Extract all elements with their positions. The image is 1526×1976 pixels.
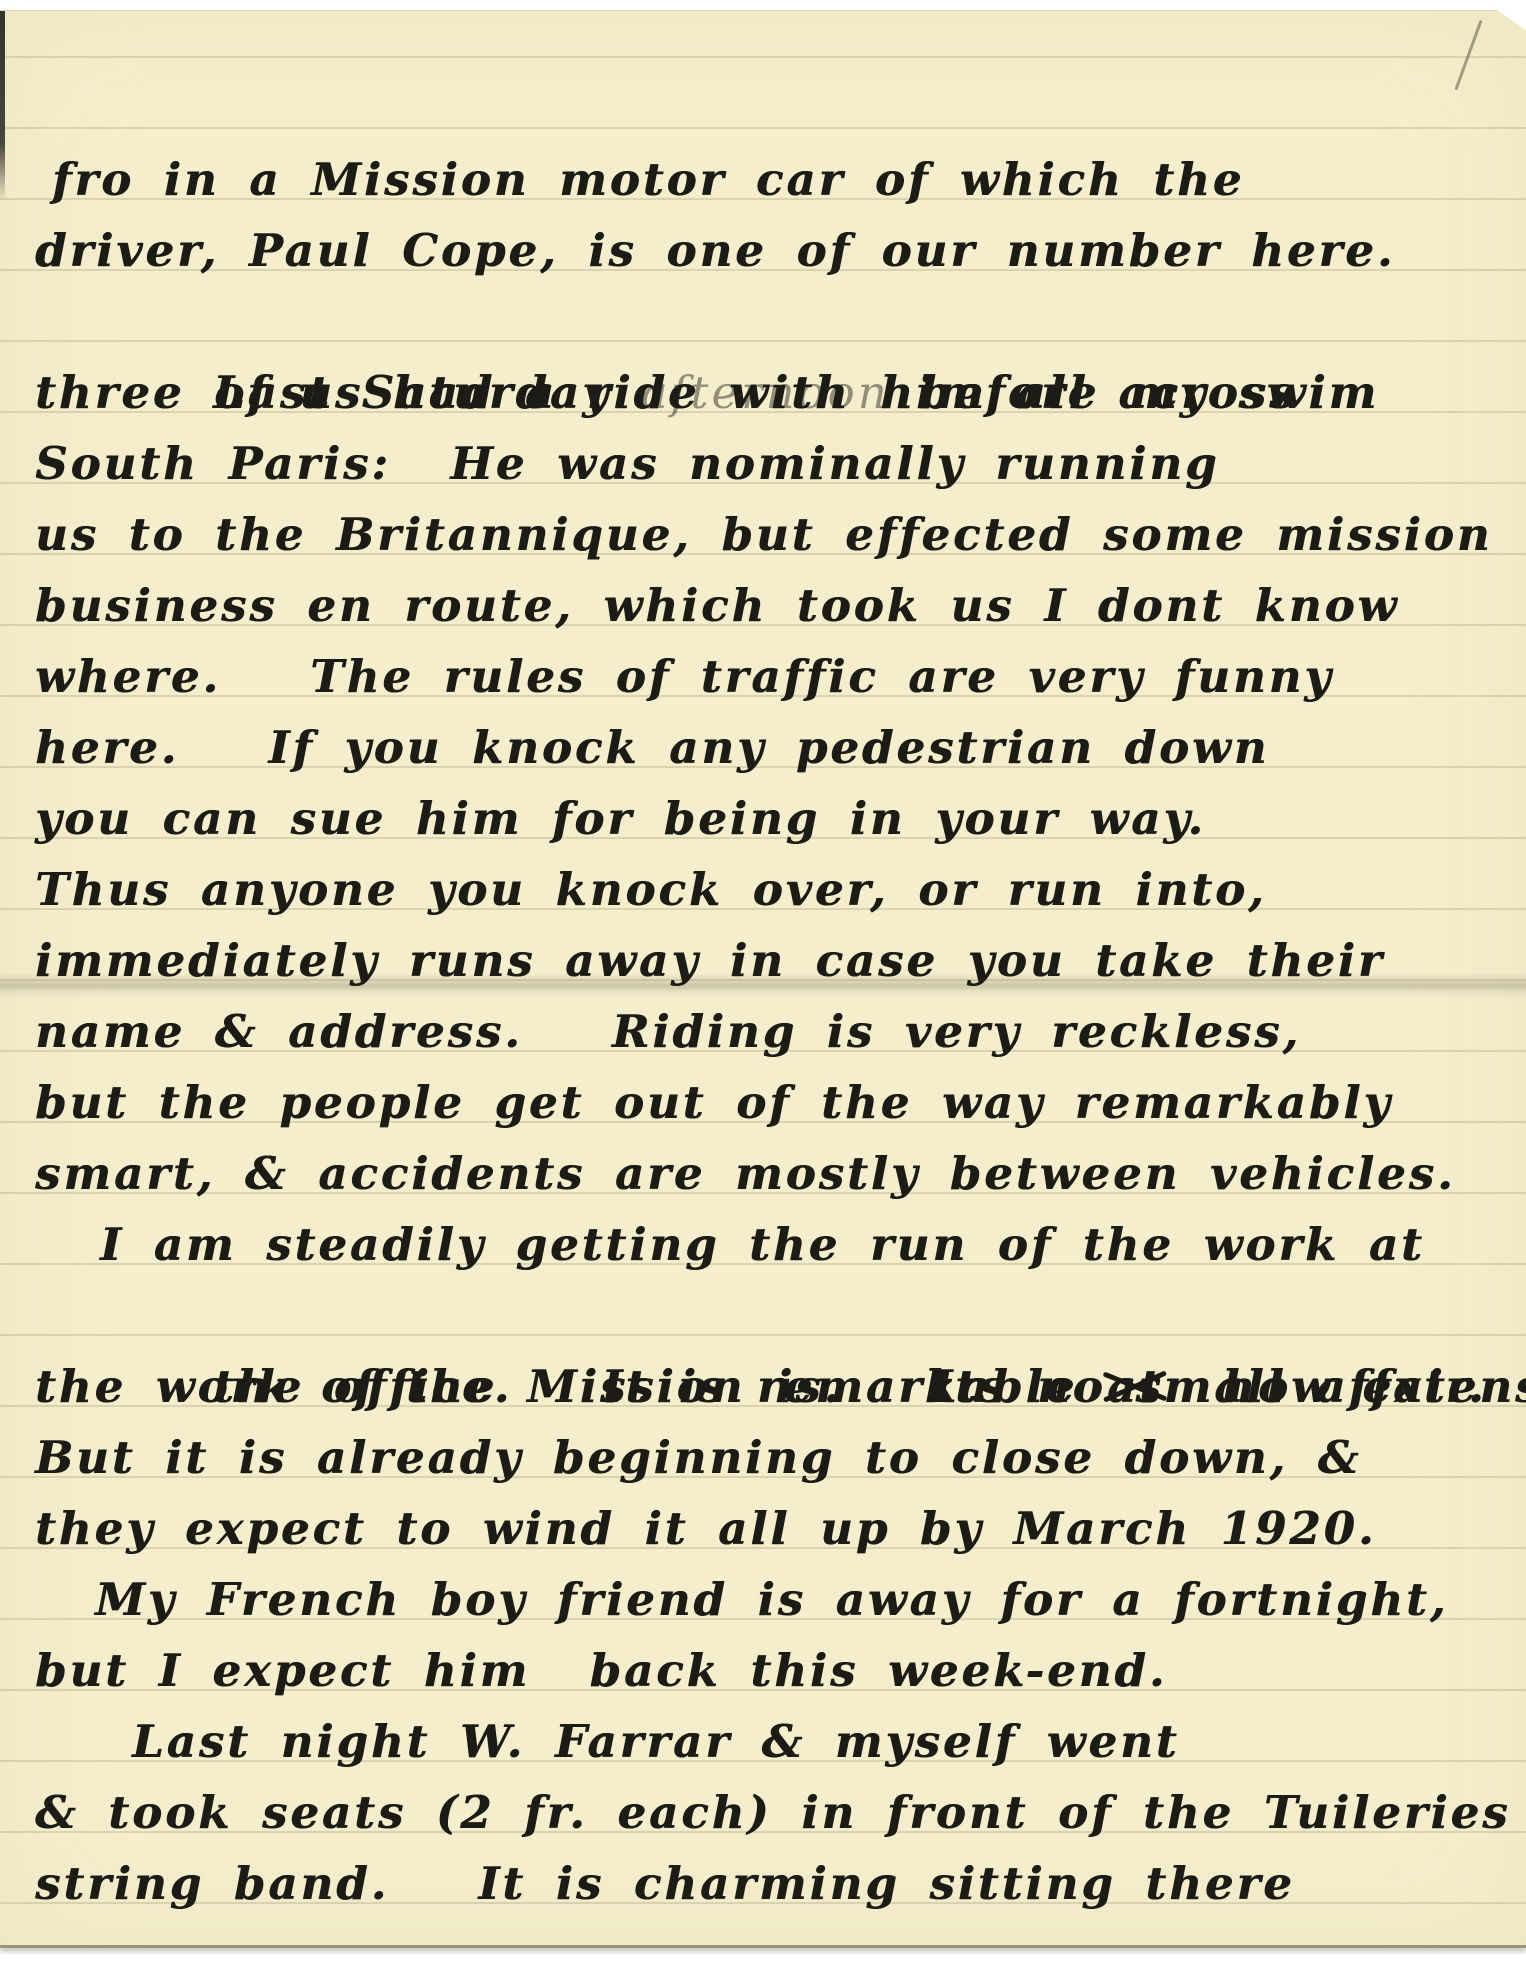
left-edge-shadow [0,11,5,201]
handwritten-line: name & address. Riding is very reckless, [35,996,1301,1067]
handwritten-line: but the people get out of the way remark… [35,1067,1393,1138]
handwritten-line-paragraph-start: Last night W. Farrar & myself went [132,1706,1180,1777]
handwritten-line: the office. It is remarkable at how exte… [35,1280,1526,1351]
handwritten-line: immediately runs away in case you take t… [35,925,1385,996]
handwritten-line: Last Saturday afternoon before my swim [35,286,1379,357]
handwritten-line: & took seats (2 fr. each) in front of th… [35,1777,1511,1848]
handwritten-line: business en route, which took us I dont … [35,570,1399,641]
handwritten-line: the work of the Mission is. Its no small… [35,1351,1487,1422]
handwritten-line: three of us had a ride with him all acro… [35,357,1297,428]
handwritten-line: fro in a Mission motor car of which the [52,144,1244,215]
handwritten-line: where. The rules of traffic are very fun… [35,641,1333,712]
handwritten-line: Thus anyone you knock over, or run into, [35,854,1267,925]
handwritten-line-paragraph-start: My French boy friend is away for a fortn… [95,1564,1448,1635]
handwritten-line: string band. It is charming sitting ther… [35,1848,1295,1919]
handwritten-line: driver, Paul Cope, is one of our number … [35,215,1395,286]
handwritten-line: but I expect him back this week-end. [35,1635,1168,1706]
handwritten-line: you can sue him for being in your way. [35,783,1206,854]
handwritten-line: us to the Britannique, but effected some… [35,499,1492,570]
handwritten-line-paragraph-start: I am steadily getting the run of the wor… [100,1209,1425,1280]
handwritten-line: they expect to wind it all up by March 1… [35,1493,1377,1564]
handwritten-line: smart, & accidents are mostly between ve… [35,1138,1456,1209]
handwritten-line: But it is already beginning to close dow… [35,1422,1361,1493]
handwritten-line: here. If you knock any pedestrian down [35,712,1269,783]
letter-paper: fro in a Mission motor car of which the … [0,10,1526,1948]
scanned-letter-page: fro in a Mission motor car of which the … [0,0,1526,1976]
handwritten-line: South Paris: He was nominally running [35,428,1219,499]
